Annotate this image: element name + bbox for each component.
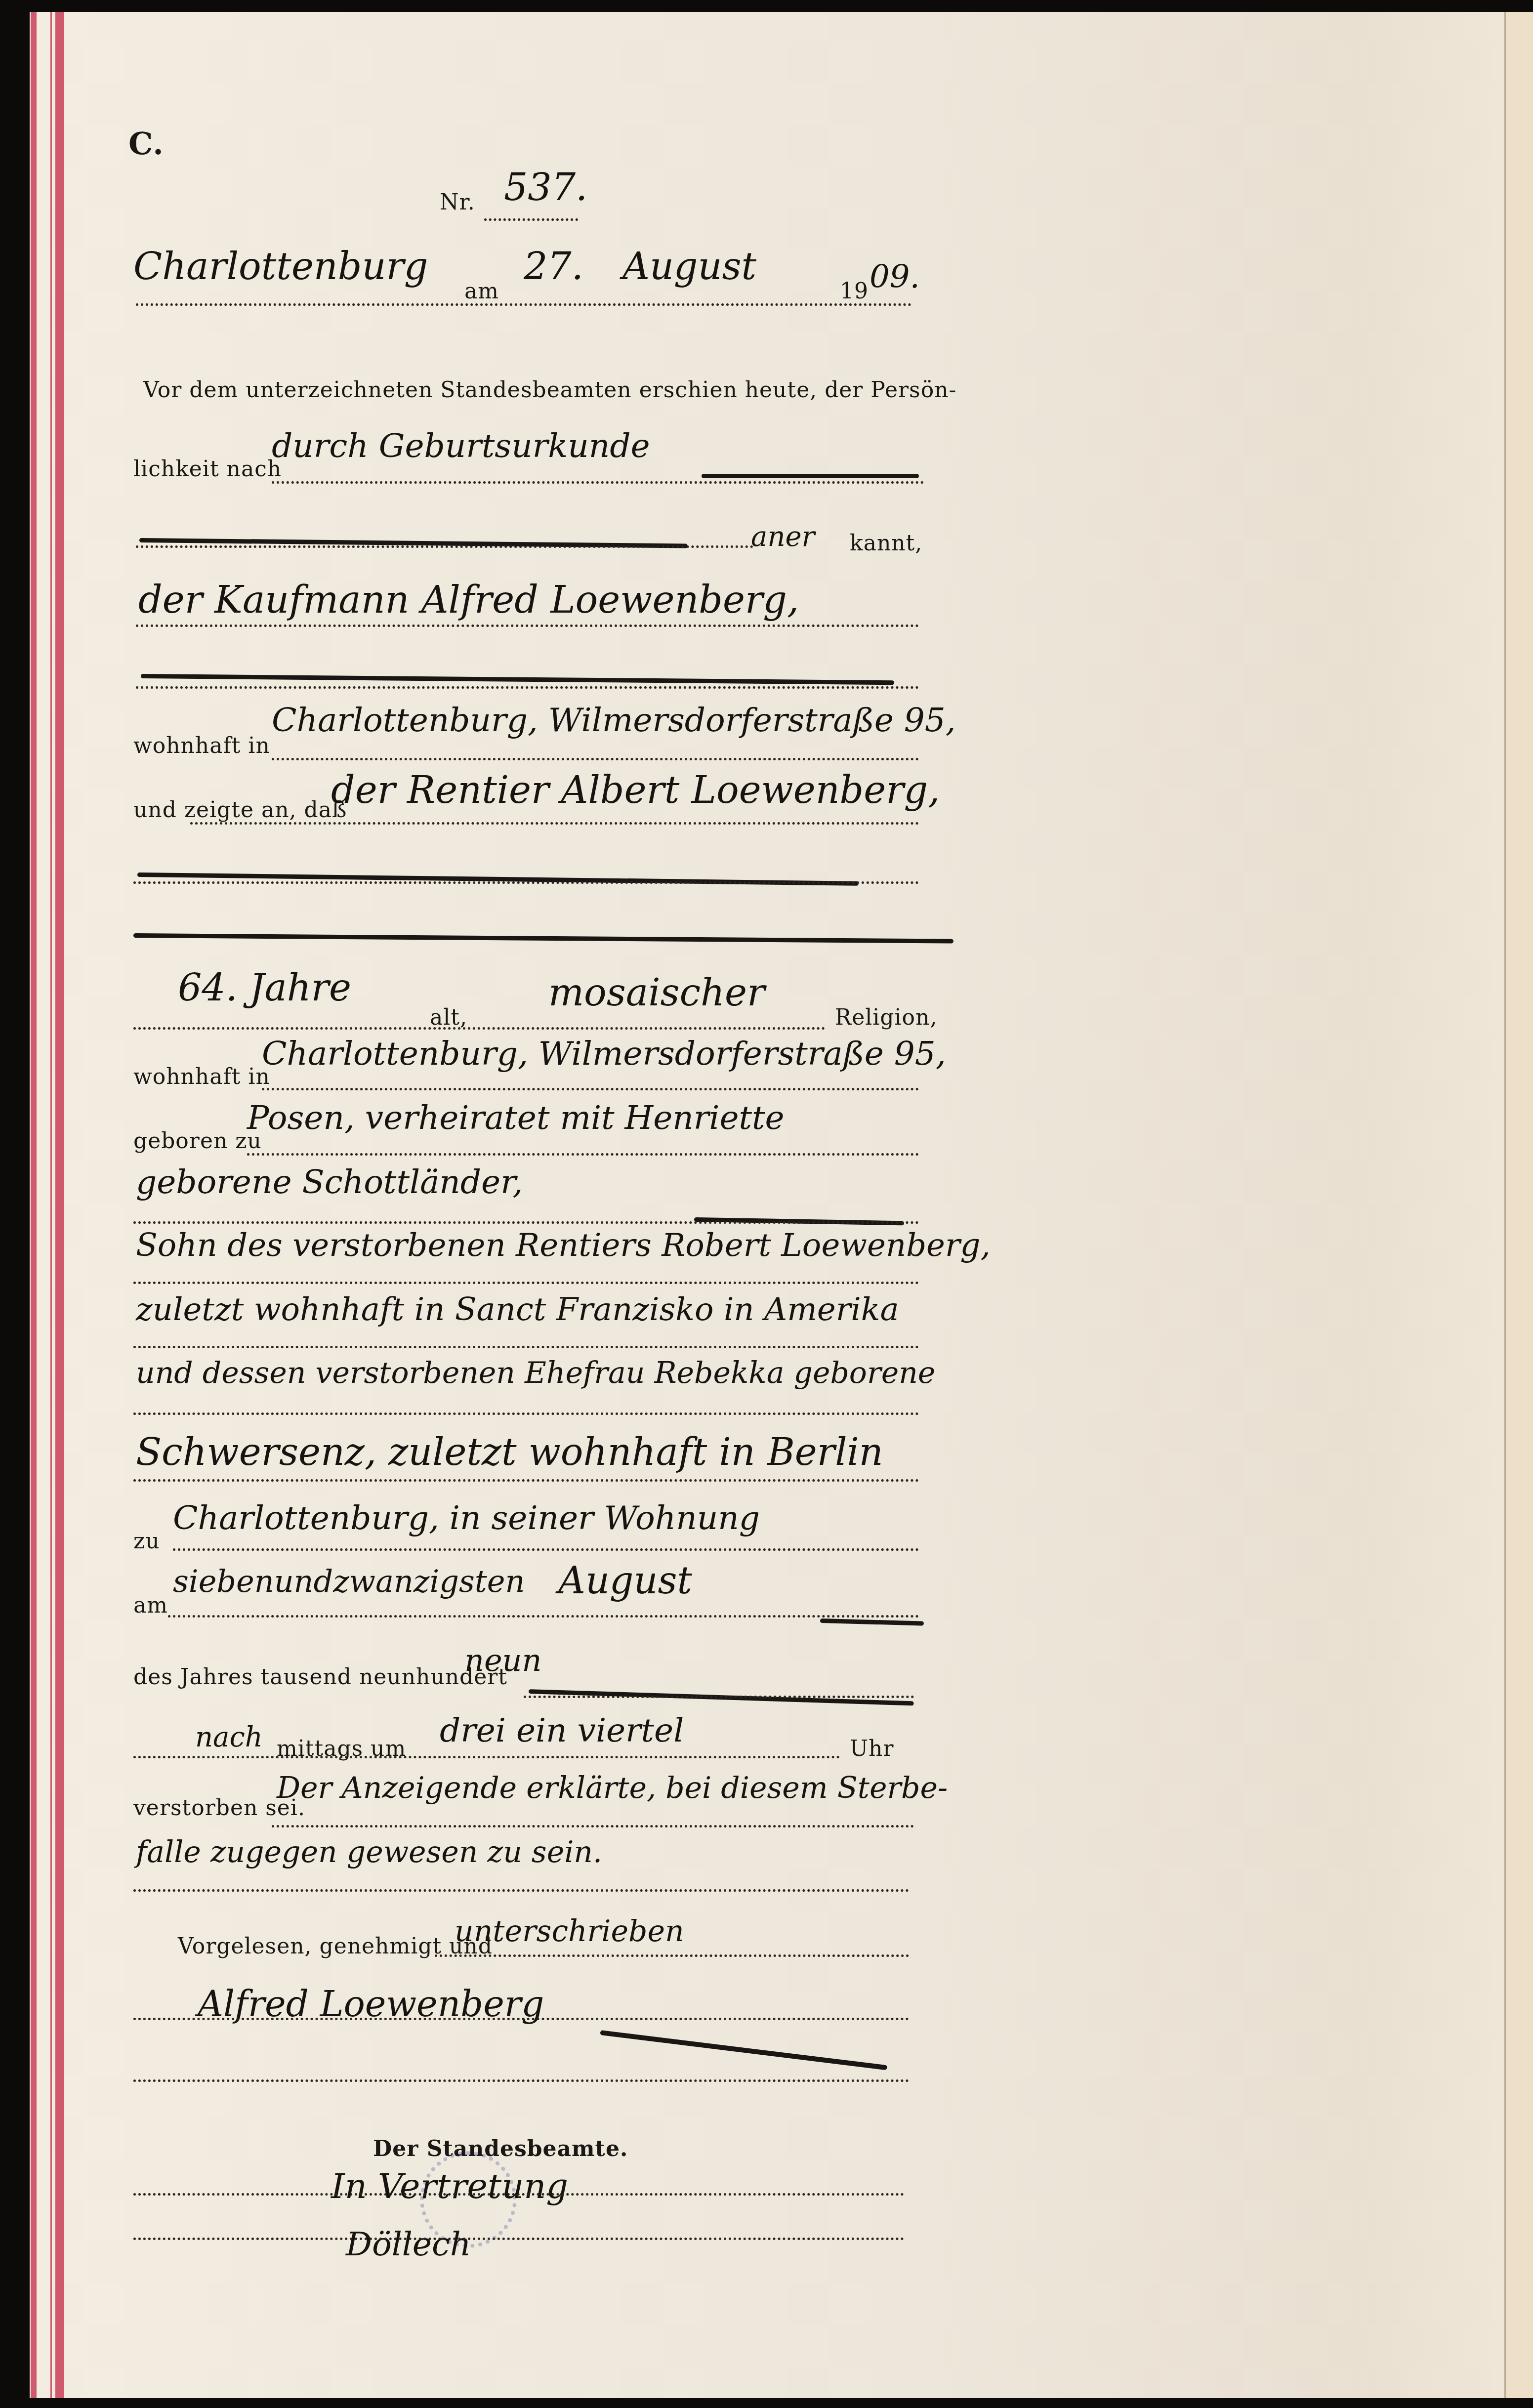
death-place-label: zu [133,1529,160,1554]
declarant-residence: Charlottenburg, Wilmersdorferstraße 95, [272,701,956,739]
intro-text: Vor dem unterzeichneten Standesbeamten e… [143,377,956,403]
spouse-maiden-name: geborene Schottländer, [136,1163,523,1201]
form-letter: C. [128,125,164,162]
registrar-label: Der Standesbeamte. [373,2136,628,2161]
red-margin-line [31,12,37,2398]
registration-month: August [622,244,756,288]
year-printed: 19 [840,279,869,304]
known-label: kannt, [850,531,922,556]
year-label: des Jahres tausend neunhundert [133,1664,507,1690]
registrar-line-1: In Vertretung [331,2166,568,2206]
time-value: drei ein viertel [440,1711,684,1749]
parents-line-3: und dessen verstorbenen Ehefrau Rebekka … [136,1356,935,1390]
deceased-residence-label: wohnhaft in [133,1064,270,1089]
identity-label: lichkeit nach [133,457,282,482]
read-approved-value: unterschrieben [455,1914,684,1949]
registrar-signature: Döllech [346,2225,471,2263]
uhr-label: Uhr [850,1736,894,1761]
identity-value: durch Geburtsurkunde [272,427,650,465]
registration-day: 27. [524,244,583,288]
register-page: C. Nr. 537. Charlottenburg am 27. August… [30,12,1504,2398]
next-page-edge [1506,12,1533,2398]
birthplace-label: geboren zu [133,1128,262,1154]
age-label: alt, [430,1005,467,1030]
remark-line-2: falle zugegen gewesen zu sein. [136,1835,602,1869]
registration-place: Charlottenburg [133,244,428,288]
declarant-name: der Kaufmann Alfred Loewenberg, [138,578,799,622]
religion-value: mosaischer [548,970,765,1014]
parents-line-1: Sohn des verstorbenen Rentiers Robert Lo… [136,1227,991,1264]
red-margin-line [50,12,52,2398]
am-label: am [464,279,499,304]
remark-line-1: Der Anzeigende erklärte, bei diesem Ster… [277,1771,948,1805]
deceased-residence: Charlottenburg, Wilmersdorferstraße 95, [262,1035,946,1073]
known-value: aner [751,521,815,553]
death-place: Charlottenburg, in seiner Wohnung [173,1499,760,1537]
religion-label: Religion, [835,1005,937,1030]
death-month: August [558,1558,692,1602]
red-margin-line [55,12,64,2398]
death-year-value: neun [464,1642,541,1678]
birthplace-and-spouse: Posen, verheiratet mit Henriette [247,1099,785,1137]
deceased-name: der Rentier Albert Loewenberg, [331,768,940,812]
parents-line-4: Schwersenz, zuletzt wohnhaft in Berlin [136,1430,883,1474]
nr-label: Nr. [440,190,475,215]
death-day: siebenundzwanzigsten [173,1563,525,1599]
death-day-label: am [133,1593,168,1618]
record-number: 537. [504,165,587,209]
parents-line-2: zuletzt wohnhaft in Sanct Franzisko in A… [136,1291,899,1328]
time-prefix: nach [195,1721,263,1753]
reported-label: und zeigte an, daß [133,797,347,823]
year-written: 09. [870,259,920,295]
declarant-residence-label: wohnhaft in [133,733,270,758]
deceased-age: 64. Jahre [178,965,351,1009]
